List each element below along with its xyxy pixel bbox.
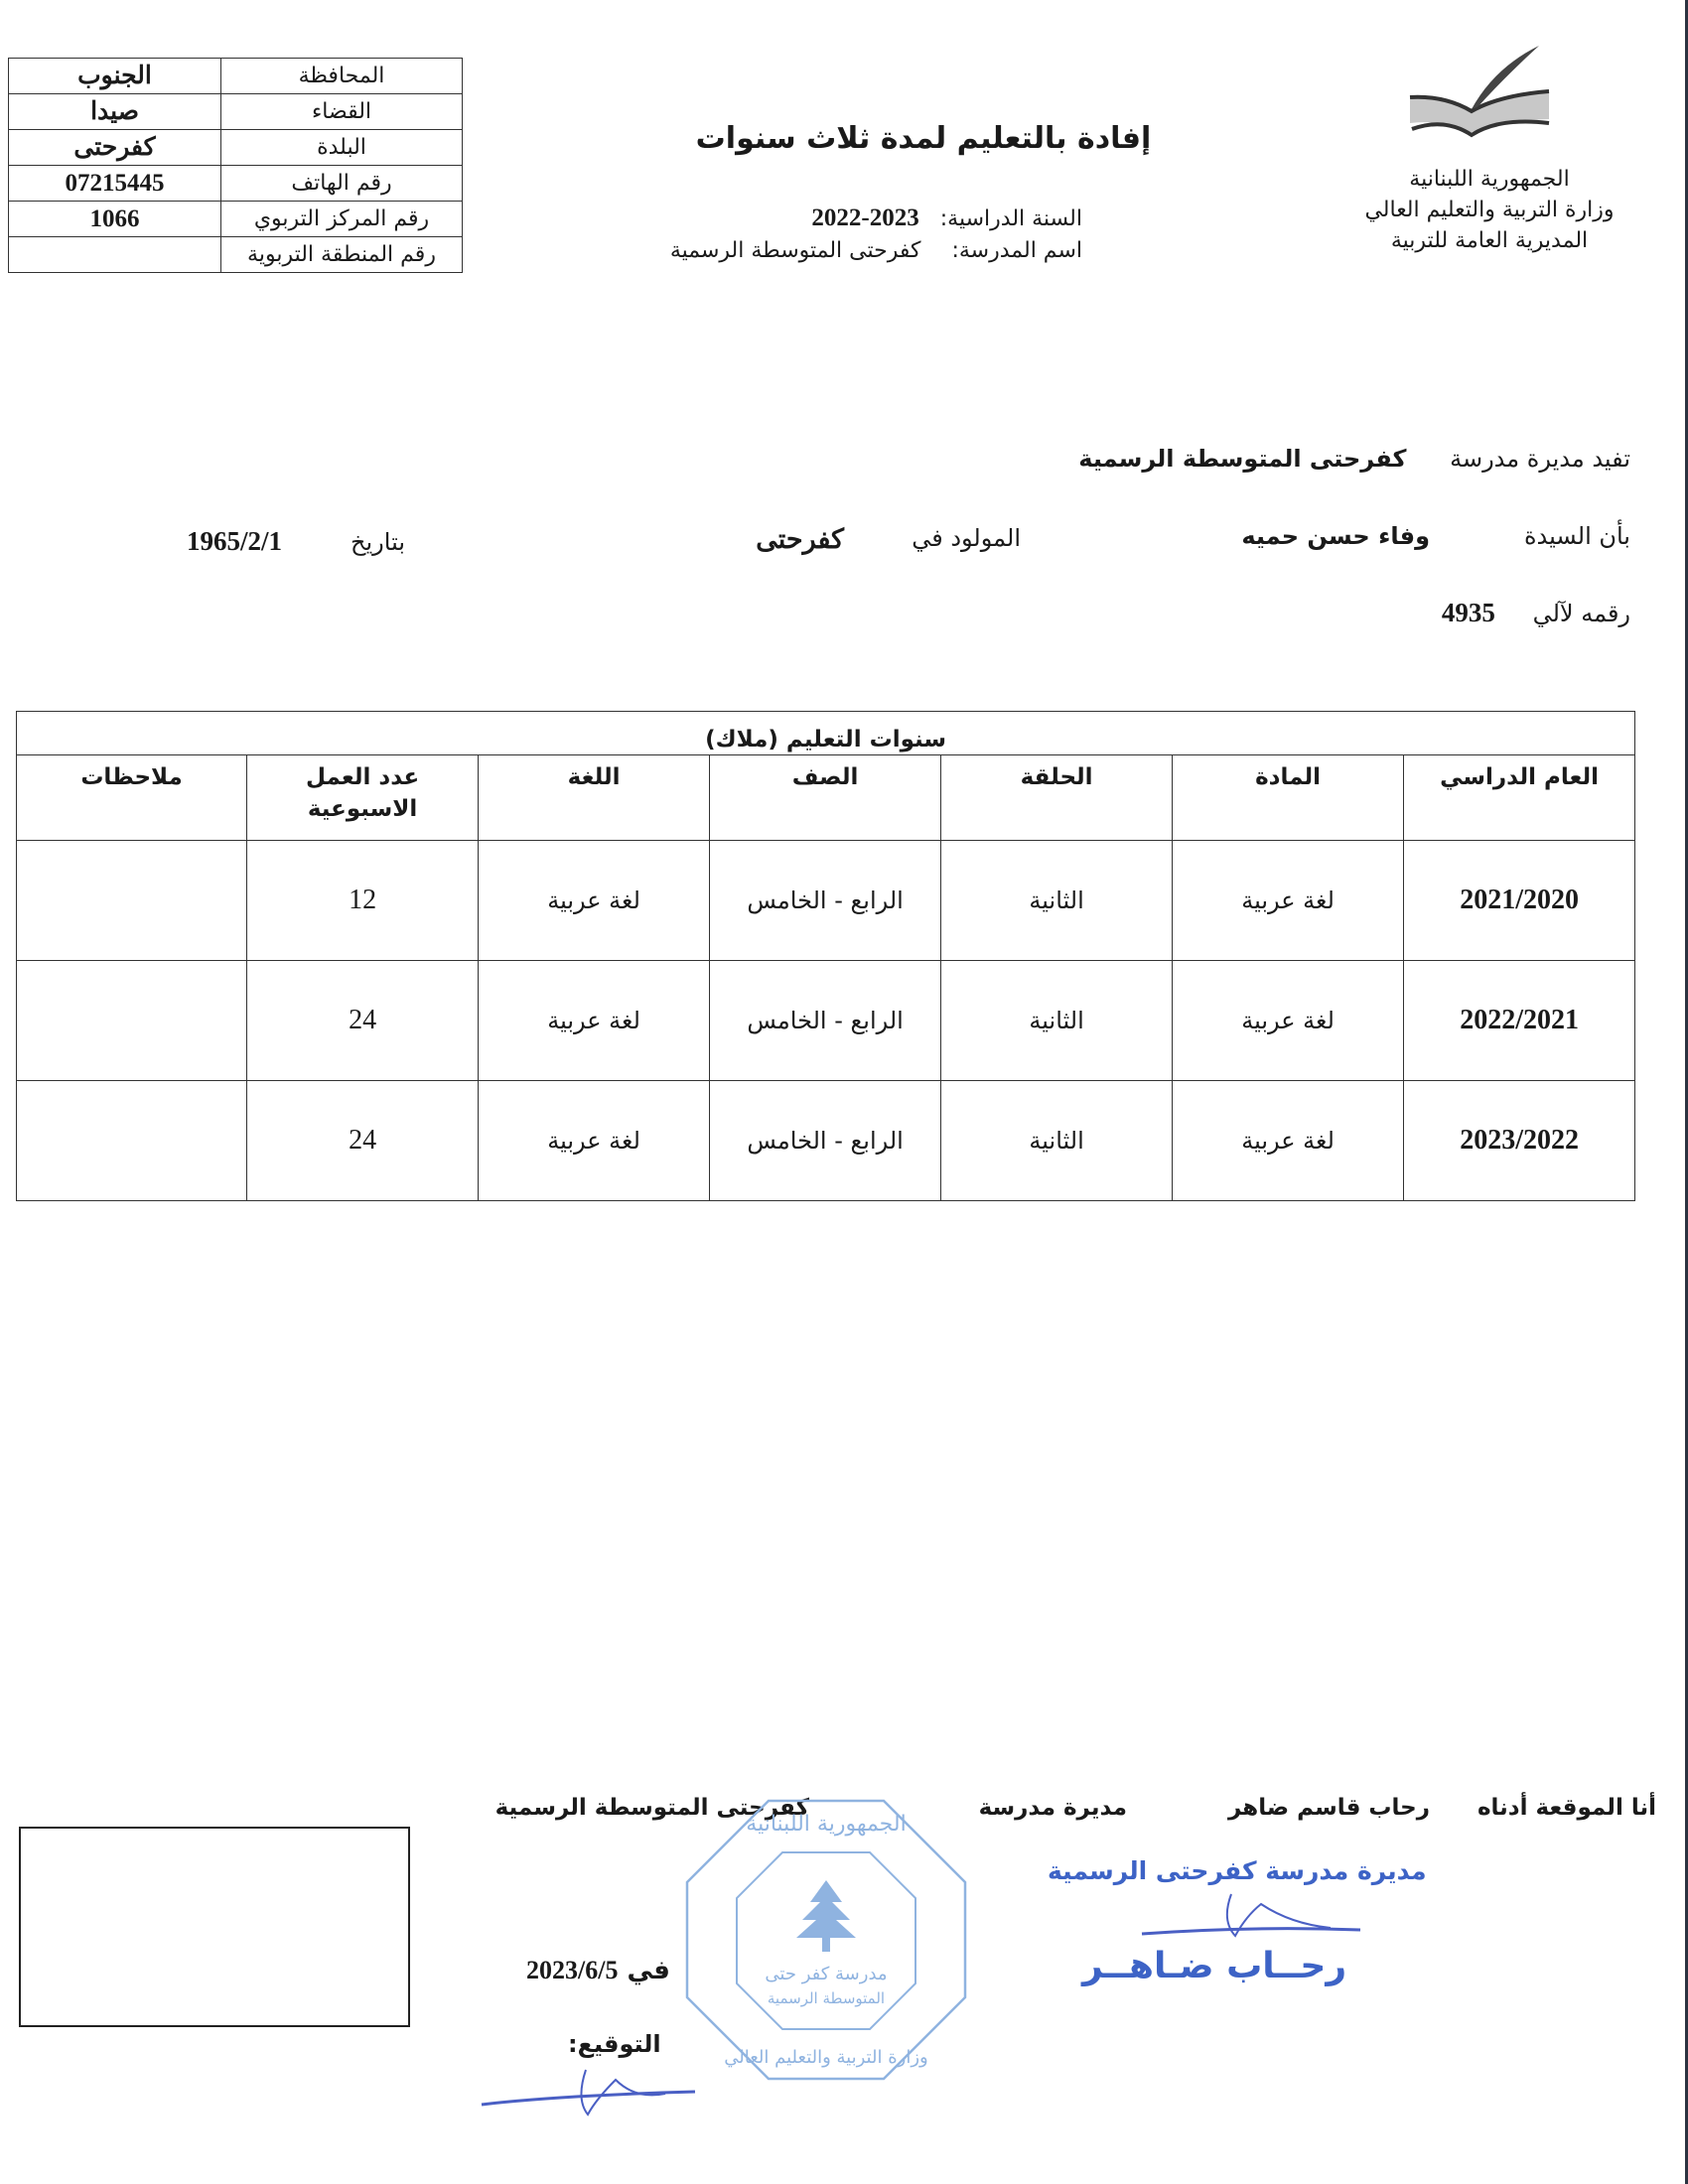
info-label: المحافظة (221, 59, 463, 94)
ministry-line: وزارة التربية والتعليم العالي (1331, 195, 1648, 225)
info-label: القضاء (221, 94, 463, 130)
info-row-governorate: المحافظة الجنوب (9, 59, 463, 94)
info-value (9, 237, 221, 273)
school-year-row: السنة الدراسية: 2023-2022 (811, 205, 1082, 232)
info-value: صيدا (9, 94, 221, 130)
issue-date-line: في 2023/6/5 (526, 1956, 670, 1985)
table-caption: سنوات التعليم (ملاك) (17, 712, 1635, 755)
table-row: 2021/2020 لغة عربية الثانية الرابع - الخ… (17, 841, 1635, 961)
info-value: 07215445 (9, 166, 221, 202)
cell-language: لغة عربية (479, 841, 710, 961)
stamp-outer-top: الجمهورية اللبنانية (746, 1812, 906, 1837)
born-place: كفرحتى (756, 524, 844, 555)
cell-subject: لغة عربية (1173, 961, 1404, 1081)
signer-label: أنا الموقعة أدناه (1477, 1795, 1656, 1821)
date-prefix: في (628, 1956, 670, 1985)
stamp-outer-bottom: وزارة التربية والتعليم العالي (724, 2047, 927, 2068)
intro-school: كفرحتى المتوسطة الرسمية (1078, 445, 1406, 473)
teaching-years-table: سنوات التعليم (ملاك) العام الدراسي الماد… (16, 711, 1635, 1201)
birth-date: 1965/2/1 (187, 526, 282, 557)
info-row-region: رقم المنطقة التربوية (9, 237, 463, 273)
cell-year: 2023/2022 (1404, 1081, 1635, 1201)
cell-weekly-hours: 24 (247, 1081, 479, 1201)
cell-notes (17, 1081, 247, 1201)
cell-language: لغة عربية (479, 1081, 710, 1201)
school-year-label: السنة الدراسية: (940, 206, 1082, 231)
school-name-row: اسم المدرسة: كفرحتى المتوسطة الرسمية (670, 238, 1082, 263)
signature-scribble-icon (477, 2060, 705, 2119)
official-school-stamp-icon: مدرسة كفر حتى المتوسطة الرسمية الجمهورية… (679, 1793, 973, 2087)
cell-year: 2022/2021 (1404, 961, 1635, 1081)
info-label: رقم الهاتف (221, 166, 463, 202)
col-header-notes: ملاحظات (17, 755, 247, 841)
id-value: 4935 (1442, 598, 1495, 627)
cell-subject: لغة عربية (1173, 1081, 1404, 1201)
signature-label: التوقيع: (568, 2030, 661, 2058)
stamp-inner-line2: المتوسطة الرسمية (768, 1989, 885, 2007)
id-line: رقمه لآلي 4935 (1442, 598, 1630, 628)
col-header-subject: المادة (1173, 755, 1404, 841)
col-header-year: العام الدراسي (1404, 755, 1635, 841)
cell-cycle: الثانية (941, 841, 1173, 961)
stamp-inner-line1: مدرسة كفر حتى (765, 1964, 887, 1984)
col-header-weekly-hours: عدد العمل الاسبوعية (247, 755, 479, 841)
cell-grade: الرابع - الخامس (710, 841, 941, 961)
id-label: رقمه لآلي (1533, 600, 1630, 627)
issue-date: 2023/6/5 (526, 1956, 618, 1984)
school-year-value: 2023-2022 (811, 205, 918, 231)
role-label: مديرة مدرسة (979, 1795, 1127, 1821)
info-row-center: رقم المركز التربوي 1066 (9, 202, 463, 237)
col-header-cycle: الحلقة (941, 755, 1173, 841)
born-label: المولود في (912, 524, 1021, 552)
info-row-phone: رقم الهاتف 07215445 (9, 166, 463, 202)
cell-language: لغة عربية (479, 961, 710, 1081)
principal-signature-icon (1132, 1886, 1370, 1946)
cell-grade: الرابع - الخامس (710, 961, 941, 1081)
table-row: 2022/2021 لغة عربية الثانية الرابع - الخ… (17, 961, 1635, 1081)
republic-line: الجمهورية اللبنانية (1331, 164, 1648, 195)
table-row: 2023/2022 لغة عربية الثانية الرابع - الخ… (17, 1081, 1635, 1201)
blue-stamp-name: رحــاب ضـاهــر (1082, 1946, 1346, 1986)
date-label: بتاريخ (351, 528, 405, 556)
blue-stamp-line: مديرة مدرسة كفرحتى الرسمية (1048, 1856, 1427, 1885)
school-name-label: اسم المدرسة: (951, 238, 1082, 263)
info-label: رقم المركز التربوي (221, 202, 463, 237)
admin-info-table: المحافظة الجنوب القضاء صيدا البلدة كفرحت… (8, 58, 463, 273)
ministry-heading: الجمهورية اللبنانية وزارة التربية والتعل… (1331, 164, 1648, 256)
info-value: 1066 (9, 202, 221, 237)
info-label: رقم المنطقة التربوية (221, 237, 463, 273)
document-title: إفادة بالتعليم لمدة ثلاث سنوات (695, 121, 1152, 156)
intro-label: تفيد مديرة مدرسة (1450, 445, 1630, 473)
cell-weekly-hours: 12 (247, 841, 479, 961)
info-row-town: البلدة كفرحتى (9, 130, 463, 166)
cell-subject: لغة عربية (1173, 841, 1404, 961)
info-row-district: القضاء صيدا (9, 94, 463, 130)
open-book-quill-logo-icon (1400, 38, 1569, 147)
cell-cycle: الثانية (941, 961, 1173, 1081)
person-name: وفاء حسن حميه (1241, 522, 1430, 550)
empty-stamp-box (19, 1827, 410, 2027)
intro-line: تفيد مديرة مدرسة كفرحتى المتوسطة الرسمية (1078, 445, 1630, 473)
col-header-grade: الصف (710, 755, 941, 841)
cell-year: 2021/2020 (1404, 841, 1635, 961)
cell-grade: الرابع - الخامس (710, 1081, 941, 1201)
table-header-row: العام الدراسي المادة الحلقة الصف اللغة ع… (17, 755, 1635, 841)
person-label: بأن السيدة (1524, 522, 1630, 550)
signer-name: رحاب قاسم ضاهر (1228, 1795, 1430, 1821)
cell-weekly-hours: 24 (247, 961, 479, 1081)
cell-cycle: الثانية (941, 1081, 1173, 1201)
directorate-line: المديرية العامة للتربية (1331, 225, 1648, 256)
col-header-language: اللغة (479, 755, 710, 841)
school-name-value: كفرحتى المتوسطة الرسمية (670, 238, 921, 263)
info-value: الجنوب (9, 59, 221, 94)
cell-notes (17, 841, 247, 961)
info-label: البلدة (221, 130, 463, 166)
cell-notes (17, 961, 247, 1081)
info-value: كفرحتى (9, 130, 221, 166)
